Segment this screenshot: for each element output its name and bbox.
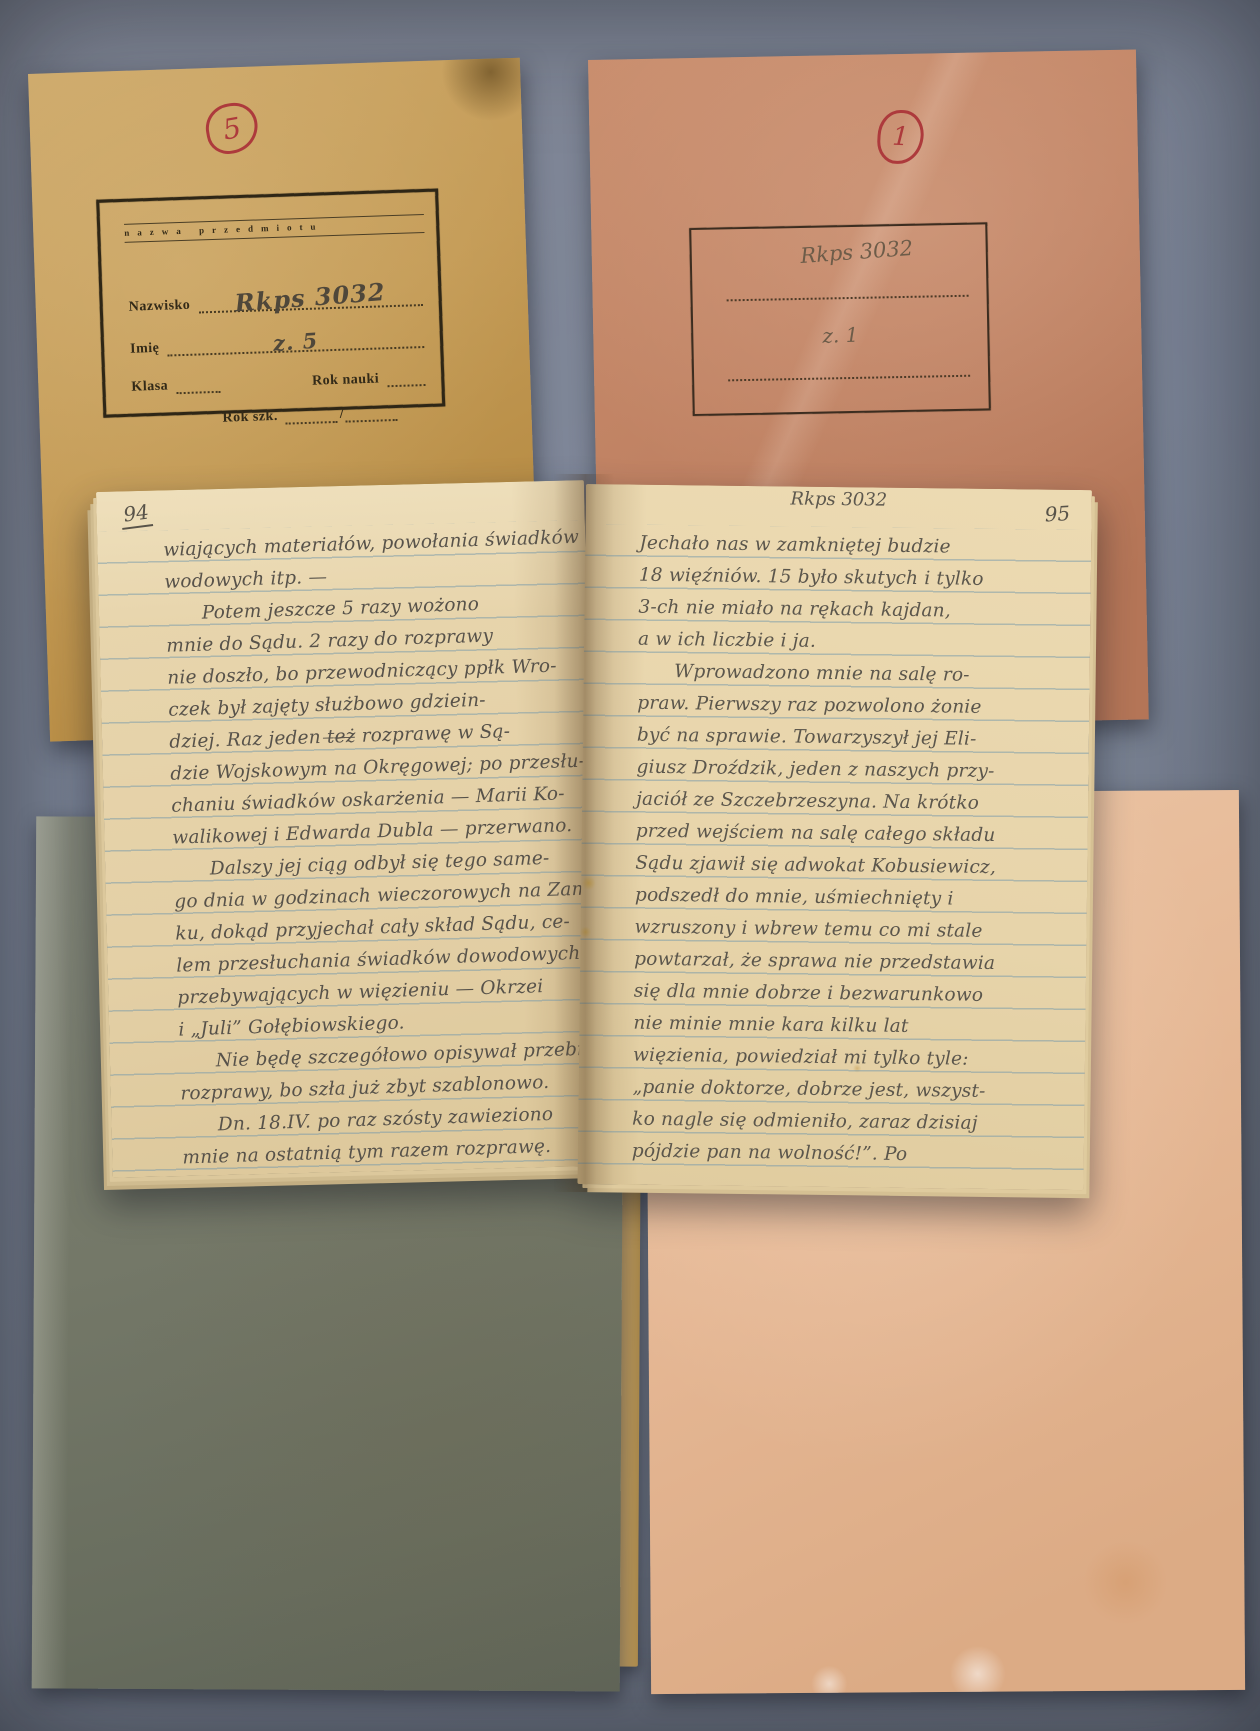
first-name-label: Imię [130,341,160,358]
handwritten-line: pójdzie pan na wolność!”. Po [632,1137,1080,1174]
right-page-handwriting: Jechało nas w zamkniętej budzie18 więźni… [632,529,1088,1174]
form-row-surname: Nazwisko Rkps 3032 [128,272,423,316]
open-notebook-spread: 94 wiających materiałów, powołania świad… [84,468,1108,1192]
photo-scene: 5 nazwa przedmiotu Nazwisko Rkps 3032 Im… [0,0,1260,1731]
corner-number: 1 [892,122,910,153]
first-name-line: z. 5 [167,321,425,356]
surname-line: Rkps 3032 [198,275,423,313]
right-page: Rkps 3032 95 Jechało nas w zamkniętej bu… [577,484,1092,1190]
class-label: Klasa [131,379,168,396]
box-dotted-line-2 [728,375,970,382]
right-page-header: Rkps 3032 [586,486,1092,513]
rok-szk-line-1 [286,421,338,425]
school-year-label: Rok nauki [312,372,380,390]
first-name-handwritten-value: z. 5 [272,328,319,356]
surname-handwritten-value: Rkps 3032 [234,277,387,318]
form-row-class-year: Klasa Rok nauki [131,356,426,396]
rok-szk-slash: / [340,407,344,423]
rok-szk-line-2 [346,419,398,423]
school-year-line [387,384,425,387]
red-circled-number-1: 1 [876,109,925,165]
surname-label: Nazwisko [129,298,191,316]
box-handwritten-line-1: Rkps 3032 [691,231,986,276]
class-line [176,391,220,394]
subject-header-text: nazwa przedmiotu [124,221,323,238]
left-page: 94 wiających materiałów, powołania świad… [96,480,601,1178]
cover-label-form: nazwa przedmiotu Nazwisko Rkps 3032 Imię… [96,188,445,417]
box-dotted-line-1 [727,295,969,302]
red-circled-number-5: 5 [202,99,262,157]
form-row-rok-szk: Rok szk. / [222,393,383,426]
corner-number: 5 [220,110,243,146]
cover-label-box: Rkps 3032 z. 1 [689,222,991,416]
left-page-handwriting: wiających materiałów, powołania świadków… [163,523,599,1176]
form-subject-header: nazwa przedmiotu [124,214,424,243]
box-handwritten-line-2: z. 1 [693,318,988,353]
row-gap [220,390,312,393]
form-row-first-name: Imię z. 5 [129,314,424,358]
left-page-number: 94 [119,499,154,530]
right-page-number: 95 [1044,501,1071,526]
rok-szk-label: Rok szk. [222,409,278,427]
